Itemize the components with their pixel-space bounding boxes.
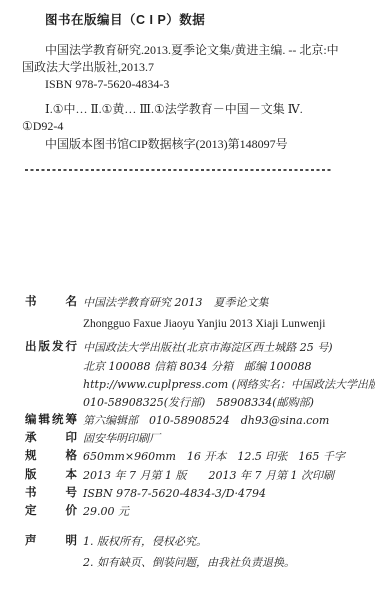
publisher-postal-line: 北京 100088 信箱 8034 分箱 邮编 100088 bbox=[83, 360, 311, 373]
notice-line-1: 1. 版权所有，侵权必究。 bbox=[83, 535, 207, 548]
edition-label: 版本 bbox=[25, 469, 77, 483]
cip-entry-line-1: 中国法学教育研究.2013.夏季论文集/黄进主编. -- 北京:中 bbox=[45, 43, 339, 57]
book-title-cn: 中国法学教育研究 2013 夏季论文集 bbox=[83, 296, 269, 309]
copyright-page: 图书在版编目（C I P）数据 中国法学教育研究.2013.夏季论文集/黄进主编… bbox=[0, 0, 375, 598]
cip-classification-line-2: ①D92-4 bbox=[22, 119, 63, 133]
cip-isbn-line: ISBN 978-7-5620-4834-3 bbox=[45, 77, 169, 91]
cip-title: 图书在版编目（C I P）数据 bbox=[45, 13, 205, 28]
format-label: 规格 bbox=[25, 450, 77, 464]
book-number-value: ISBN 978-7-5620-4834-3/D·4794 bbox=[83, 487, 266, 500]
cip-entry-line-2: 国政法大学出版社,2013.7 bbox=[22, 60, 154, 74]
publisher-website-line: http://www.cuplpress.com (网络实名：中国政法大学出版社… bbox=[83, 378, 375, 391]
format-value: 650mm×960mm 16 开本 12.5 印张 165 千字 bbox=[83, 450, 345, 463]
dashed-separator-rule bbox=[25, 169, 332, 171]
book-title-label: 书名 bbox=[25, 296, 77, 310]
edition-value: 2013 年 7 月第 1 版 2013 年 7 月第 1 次印刷 bbox=[83, 469, 334, 482]
printer-label: 承印 bbox=[25, 432, 77, 446]
book-title-pinyin: Zhongguo Faxue Jiaoyu Yanjiu 2013 Xiaji … bbox=[83, 318, 325, 332]
notice-label: 声明 bbox=[25, 535, 77, 549]
publisher-phone-line: 010-58908325(发行部) 58908334(邮购部) bbox=[83, 396, 314, 409]
editing-label: 编辑统筹 bbox=[25, 414, 77, 428]
editing-value: 第六编辑部 010-58908524 dh93@sina.com bbox=[83, 414, 329, 427]
printer-value: 固安华明印刷厂 bbox=[83, 432, 160, 445]
publisher-label: 出版发行 bbox=[25, 341, 77, 355]
cip-classification-line-1: Ⅰ.①中… Ⅱ.①黄… Ⅲ.①法学教育－中国－文集 Ⅳ. bbox=[45, 102, 303, 116]
price-label: 定价 bbox=[25, 505, 77, 519]
notice-line-2: 2. 如有缺页、倒装问题，由我社负责退换。 bbox=[83, 556, 295, 569]
cip-registry-line: 中国版本图书馆CIP数据核字(2013)第148097号 bbox=[45, 137, 288, 151]
price-value: 29.00 元 bbox=[83, 505, 129, 518]
publisher-name-address: 中国政法大学出版社(北京市海淀区西土城路 25 号) bbox=[83, 341, 333, 354]
book-number-label: 书号 bbox=[25, 487, 77, 501]
